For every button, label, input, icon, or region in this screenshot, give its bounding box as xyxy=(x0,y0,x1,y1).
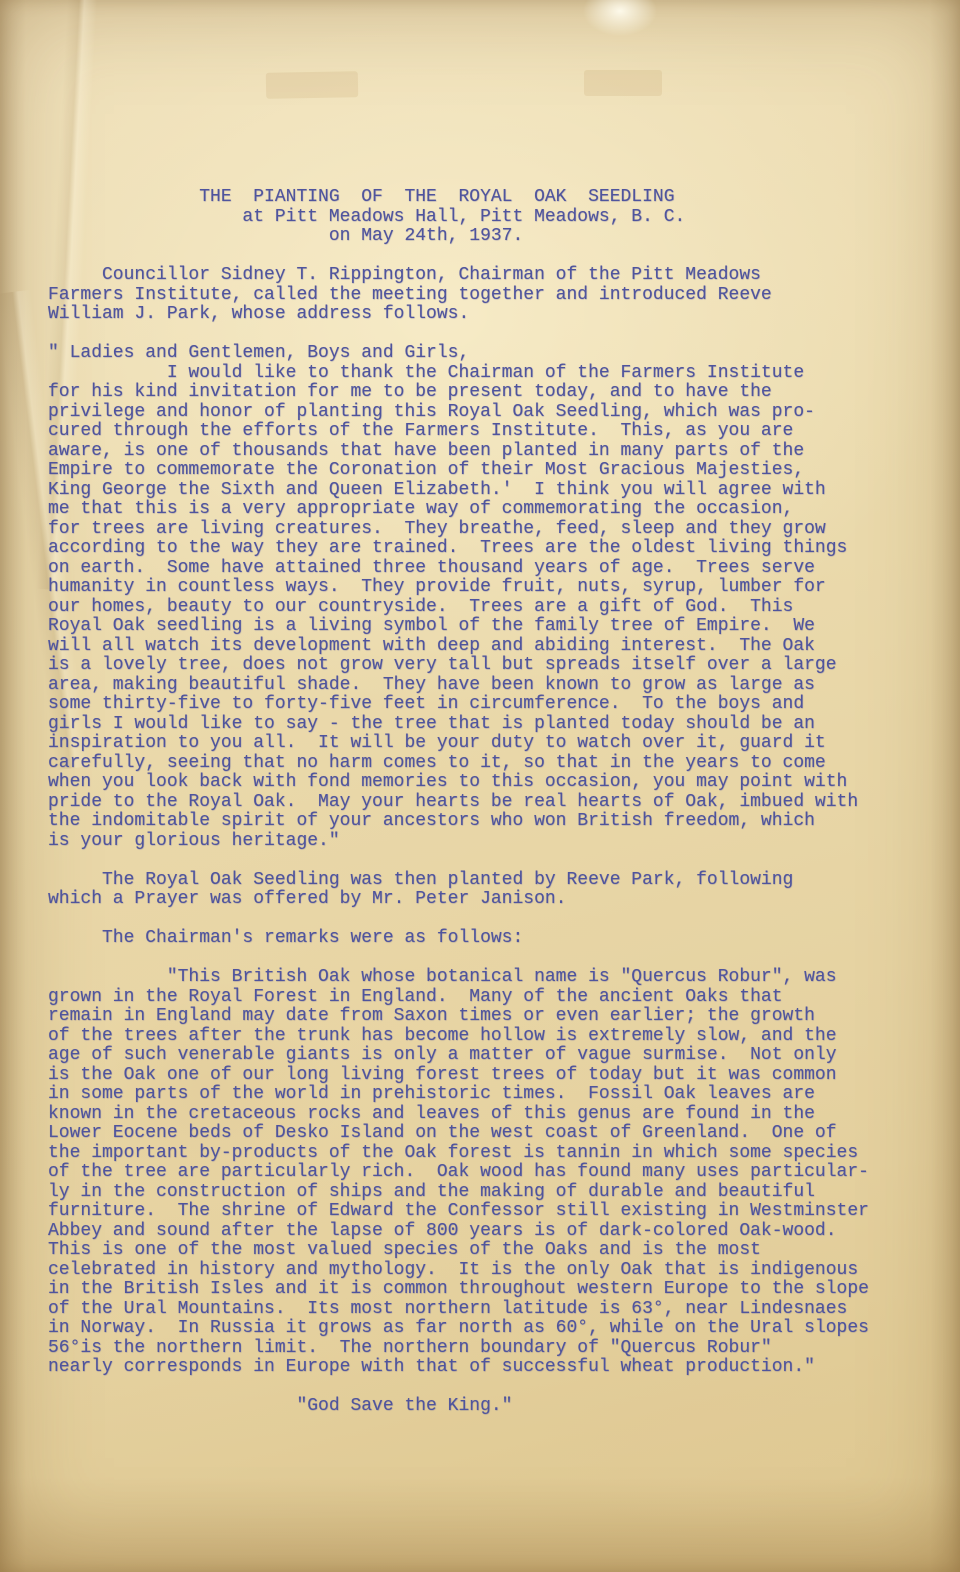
typed-line: aware, is one of thousands that have bee… xyxy=(48,442,940,462)
typed-line: William J. Park, whose address follows. xyxy=(48,305,940,325)
typed-line: of the Ural Mountains. Its most northern… xyxy=(48,1300,940,1320)
typed-line xyxy=(48,949,940,969)
typed-line: on earth. Some have attained three thous… xyxy=(48,559,940,579)
typed-line: some thirty-five to forty-five feet in c… xyxy=(48,695,940,715)
typed-line: for trees are living creatures. They bre… xyxy=(48,520,940,540)
typed-line: This is one of the most valued species o… xyxy=(48,1241,940,1261)
typed-line: privilege and honor of planting this Roy… xyxy=(48,403,940,423)
typed-line xyxy=(48,1378,940,1398)
typed-line: Empire to commemorate the Coronation of … xyxy=(48,461,940,481)
typed-line: when you look back with fond memories to… xyxy=(48,773,940,793)
paper-edge-shadow-left xyxy=(0,0,26,1572)
typed-line: furniture. The shrine of Edward the Conf… xyxy=(48,1202,940,1222)
paper-stain-bright-spot xyxy=(583,0,657,36)
typed-line xyxy=(48,851,940,871)
typed-line: cured through the efforts of the Farmers… xyxy=(48,422,940,442)
typed-line: at Pitt Meadows Hall, Pitt Meadows, B. C… xyxy=(48,208,940,228)
typed-line: on May 24th, 1937. xyxy=(48,227,940,247)
typed-line: in Norway. In Russia it grows as far nor… xyxy=(48,1319,940,1339)
typed-text-block: THE PIANTING OF THE ROYAL OAK SEEDLING a… xyxy=(48,188,940,1417)
typed-line: The Royal Oak Seedling was then planted … xyxy=(48,871,940,891)
typed-line: will all watch its development with deep… xyxy=(48,637,940,657)
typed-line: Lower Eocene beds of Desko Island on the… xyxy=(48,1124,940,1144)
typed-line: the indomitable spirit of your ancestors… xyxy=(48,812,940,832)
typed-line: me that this is a very appropriate way o… xyxy=(48,500,940,520)
typed-line: remain in England may date from Saxon ti… xyxy=(48,1007,940,1027)
typed-line: King George the Sixth and Queen Elizabet… xyxy=(48,481,940,501)
typed-line: age of such venerable giants is only a m… xyxy=(48,1046,940,1066)
typed-line: Royal Oak seedling is a living symbol of… xyxy=(48,617,940,637)
paper-tape-mark-left xyxy=(266,71,358,99)
typed-line: in some parts of the world in prehistori… xyxy=(48,1085,940,1105)
typed-line: of the trees after the trunk has become … xyxy=(48,1027,940,1047)
typed-line: 56°is the northern limit. The northern b… xyxy=(48,1339,940,1359)
typed-line: Councillor Sidney T. Rippington, Chairma… xyxy=(48,266,940,286)
typed-line: is the Oak one of our long living forest… xyxy=(48,1066,940,1086)
typed-line: " Ladies and Gentlemen, Boys and Girls, xyxy=(48,344,940,364)
typed-line: the important by-products of the Oak for… xyxy=(48,1144,940,1164)
paper-edge-shadow-bottom xyxy=(0,1477,960,1572)
typed-line: pride to the Royal Oak. May your hearts … xyxy=(48,793,940,813)
document-page: THE PIANTING OF THE ROYAL OAK SEEDLING a… xyxy=(0,0,960,1572)
typed-line: of the tree are particularly rich. Oak w… xyxy=(48,1163,940,1183)
typed-line: "This British Oak whose botanical name i… xyxy=(48,968,940,988)
typed-line: I would like to thank the Chairman of th… xyxy=(48,364,940,384)
typed-line: in the British Isles and it is common th… xyxy=(48,1280,940,1300)
typed-line xyxy=(48,247,940,267)
typed-line: for his kind invitation for me to be pre… xyxy=(48,383,940,403)
typed-line: celebrated in history and mythology. It … xyxy=(48,1261,940,1281)
typed-line: area, making beautiful shade. They have … xyxy=(48,676,940,696)
typed-line: carefully, seeing that no harm comes to … xyxy=(48,754,940,774)
typed-line: according to the way they are trained. T… xyxy=(48,539,940,559)
typed-line: "God Save the King." xyxy=(48,1397,940,1417)
typed-line: which a Prayer was offered by Mr. Peter … xyxy=(48,890,940,910)
typed-line: THE PIANTING OF THE ROYAL OAK SEEDLING xyxy=(48,188,940,208)
typed-line: our homes, beauty to our countryside. Tr… xyxy=(48,598,940,618)
typed-line: Abbey and sound after the lapse of 800 y… xyxy=(48,1222,940,1242)
typed-line: humanity in countless ways. They provide… xyxy=(48,578,940,598)
typed-line xyxy=(48,910,940,930)
typed-line: nearly corresponds in Europe with that o… xyxy=(48,1358,940,1378)
typed-line xyxy=(48,325,940,345)
typed-line: The Chairman's remarks were as follows: xyxy=(48,929,940,949)
typed-line: girls I would like to say - the tree tha… xyxy=(48,715,940,735)
typed-line: grown in the Royal Forest in England. Ma… xyxy=(48,988,940,1008)
paper-tape-mark-right xyxy=(584,70,662,96)
typed-line: known in the cretaceous rocks and leaves… xyxy=(48,1105,940,1125)
typed-line: Farmers Institute, called the meeting to… xyxy=(48,286,940,306)
typed-line: ly in the construction of ships and the … xyxy=(48,1183,940,1203)
typed-line: is a lovely tree, does not grow very tal… xyxy=(48,656,940,676)
typed-line: inspiration to you all. It will be your … xyxy=(48,734,940,754)
typed-line: is your glorious heritage." xyxy=(48,832,940,852)
